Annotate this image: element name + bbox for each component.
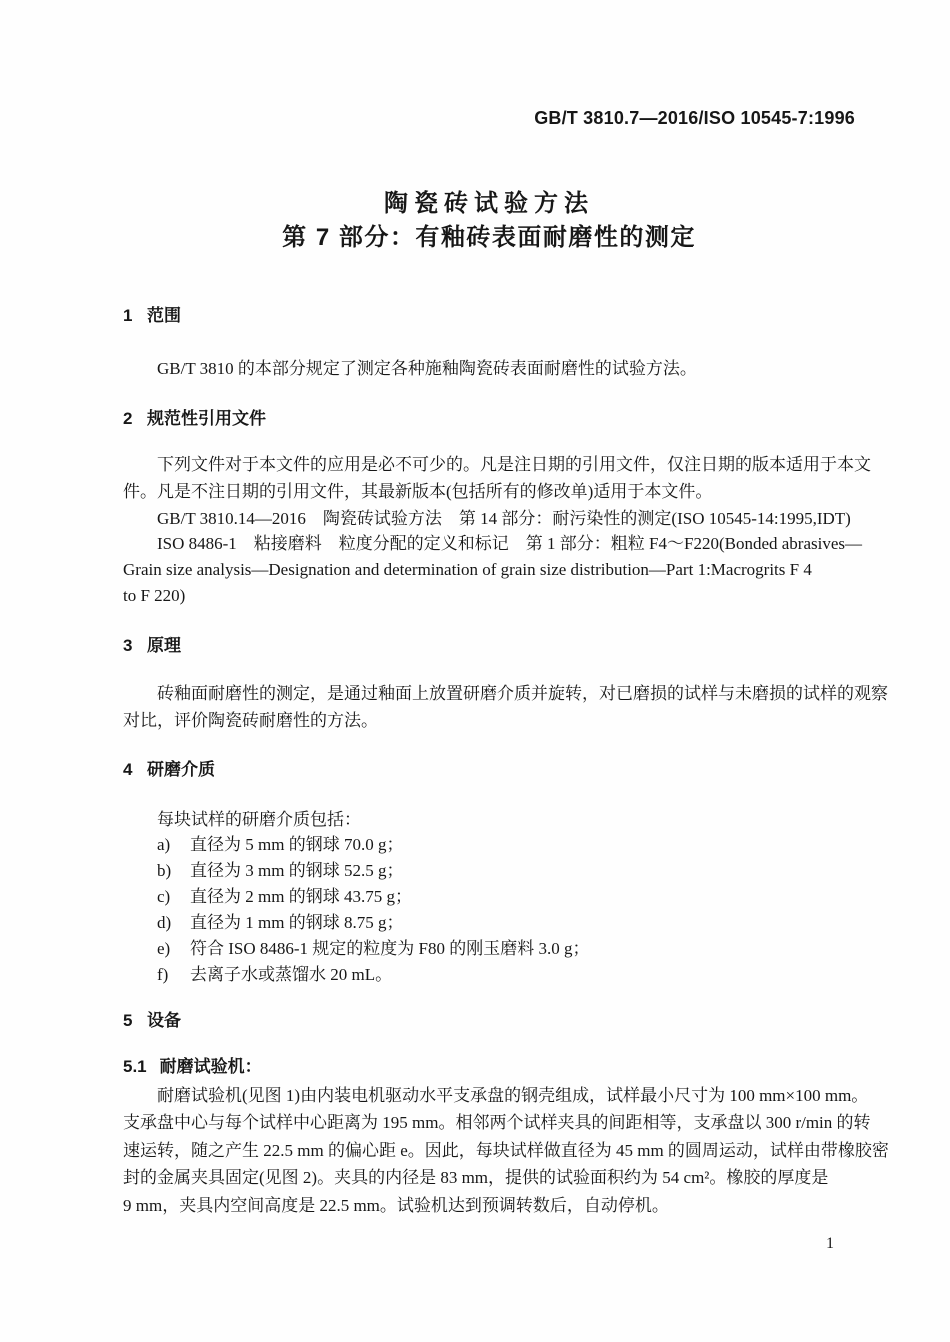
paragraph-line: GB/T 3810 的本部分规定了测定各种施釉陶瓷砖表面耐磨性的试验方法。 xyxy=(123,355,855,382)
reference-line: ISO 8486-1 粘接磨料 粒度分配的定义和标记 第 1 部分：粗粒 F4～… xyxy=(123,531,855,557)
title-line-2: 第 7 部分：有釉砖表面耐磨性的测定 xyxy=(123,221,855,255)
section-1-heading: 1范围 xyxy=(123,305,181,327)
section-5-title: 设备 xyxy=(147,1011,181,1030)
standard-number-header: GB/T 3810.7—2016/ISO 10545-7:1996 xyxy=(123,107,855,129)
section-3-paragraph: 砖釉面耐磨性的测定，是通过釉面上放置研磨介质并旋转，对已磨损的试样与未磨损的试样… xyxy=(123,681,855,734)
section-4-number: 4 xyxy=(123,759,134,781)
paragraph-line: 封的金属夹具固定(见图 2)。夹具的内径是 83 mm，提供的试验面积约为 54… xyxy=(123,1164,855,1191)
list-item-text: 直径为 1 mm 的钢球 8.75 g； xyxy=(190,913,403,932)
list-item-text: 直径为 3 mm 的钢球 52.5 g； xyxy=(190,861,403,880)
list-item-label: a) xyxy=(157,832,190,858)
paragraph-line: 支承盘中心与每个试样中心距离为 195 mm。相邻两个试样夹具的间距相等，支承盘… xyxy=(123,1109,855,1136)
list-item-label: d) xyxy=(157,910,190,936)
list-item-text: 直径为 5 mm 的钢球 70.0 g； xyxy=(190,835,403,854)
section-2-paragraph: 下列文件对于本文件的应用是必不可少的。凡是注日期的引用文件，仅注日期的版本适用于… xyxy=(123,452,855,505)
paragraph-line: 每块试样的研磨介质包括： xyxy=(123,806,855,833)
list-item-label: e) xyxy=(157,936,190,962)
list-item: e)符合 ISO 8486-1 规定的粒度为 F80 的刚玉磨料 3.0 g； xyxy=(123,936,855,962)
list-item-label: c) xyxy=(157,884,190,910)
section-4-heading: 4研磨介质 xyxy=(123,759,215,781)
paragraph-line: 对比，评价陶瓷砖耐磨性的方法。 xyxy=(123,708,855,735)
reference-line: GB/T 3810.14—2016 陶瓷砖试验方法 第 14 部分：耐污染性的测… xyxy=(123,505,855,532)
list-item: f)去离子水或蒸馏水 20 mL。 xyxy=(123,962,855,988)
list-item: d)直径为 1 mm 的钢球 8.75 g； xyxy=(123,910,855,936)
section-5-heading: 5设备 xyxy=(123,1010,181,1032)
reference-line: to F 220) xyxy=(123,583,855,609)
section-2-number: 2 xyxy=(123,408,134,430)
abrasive-media-list: a)直径为 5 mm 的钢球 70.0 g； b)直径为 3 mm 的钢球 52… xyxy=(123,832,855,988)
list-item-label: b) xyxy=(157,858,190,884)
list-item: c)直径为 2 mm 的钢球 43.75 g； xyxy=(123,884,855,910)
list-item-text: 符合 ISO 8486-1 规定的粒度为 F80 的刚玉磨料 3.0 g； xyxy=(190,939,590,958)
paragraph-line: 速运转，随之产生 22.5 mm 的偏心距 e。因此，每块试样做直径为 45 m… xyxy=(123,1137,855,1164)
list-item-label: f) xyxy=(157,962,190,988)
section-5-1-number: 5.1 xyxy=(123,1056,147,1078)
reference-entry-2: ISO 8486-1 粘接磨料 粒度分配的定义和标记 第 1 部分：粗粒 F4～… xyxy=(123,531,855,609)
section-5-1-heading: 5.1耐磨试验机： xyxy=(123,1056,262,1078)
list-item-text: 去离子水或蒸馏水 20 mL。 xyxy=(190,965,392,984)
list-item: a)直径为 5 mm 的钢球 70.0 g； xyxy=(123,832,855,858)
paragraph-line: 耐磨试验机(见图 1)由内装电机驱动水平支承盘的钢壳组成，试样最小尺寸为 100… xyxy=(123,1082,855,1109)
section-1-number: 1 xyxy=(123,305,134,327)
section-5-1-paragraph: 耐磨试验机(见图 1)由内装电机驱动水平支承盘的钢壳组成，试样最小尺寸为 100… xyxy=(123,1082,855,1219)
paragraph-line: 9 mm，夹具内空间高度是 22.5 mm。试验机达到预调转数后，自动停机。 xyxy=(123,1192,855,1219)
document-title: 陶瓷砖试验方法 第 7 部分：有釉砖表面耐磨性的测定 xyxy=(123,187,855,255)
paragraph-line: 下列文件对于本文件的应用是必不可少的。凡是注日期的引用文件，仅注日期的版本适用于… xyxy=(123,452,855,479)
section-4-title: 研磨介质 xyxy=(147,760,215,779)
section-3-title: 原理 xyxy=(147,636,181,655)
page-number: 1 xyxy=(826,1233,834,1255)
section-4-intro: 每块试样的研磨介质包括： xyxy=(123,806,855,833)
list-item: b)直径为 3 mm 的钢球 52.5 g； xyxy=(123,858,855,884)
paragraph-line: 件。凡是不注日期的引用文件，其最新版本(包括所有的修改单)适用于本文件。 xyxy=(123,479,855,506)
reference-entry-1: GB/T 3810.14—2016 陶瓷砖试验方法 第 14 部分：耐污染性的测… xyxy=(123,505,855,532)
list-item-text: 直径为 2 mm 的钢球 43.75 g； xyxy=(190,887,412,906)
section-1-paragraph: GB/T 3810 的本部分规定了测定各种施釉陶瓷砖表面耐磨性的试验方法。 xyxy=(123,355,855,382)
title-line-1: 陶瓷砖试验方法 xyxy=(123,187,855,221)
section-5-1-title: 耐磨试验机： xyxy=(160,1057,262,1076)
paragraph-line: 砖釉面耐磨性的测定，是通过釉面上放置研磨介质并旋转，对已磨损的试样与未磨损的试样… xyxy=(123,681,855,708)
document-page: GB/T 3810.7—2016/ISO 10545-7:1996 陶瓷砖试验方… xyxy=(0,0,950,1342)
section-3-heading: 3原理 xyxy=(123,635,181,657)
reference-line: Grain size analysis—Designation and dete… xyxy=(123,557,855,583)
section-2-title: 规范性引用文件 xyxy=(147,409,266,428)
section-5-number: 5 xyxy=(123,1010,134,1032)
section-2-heading: 2规范性引用文件 xyxy=(123,408,266,430)
section-3-number: 3 xyxy=(123,635,134,657)
section-1-title: 范围 xyxy=(147,306,181,325)
